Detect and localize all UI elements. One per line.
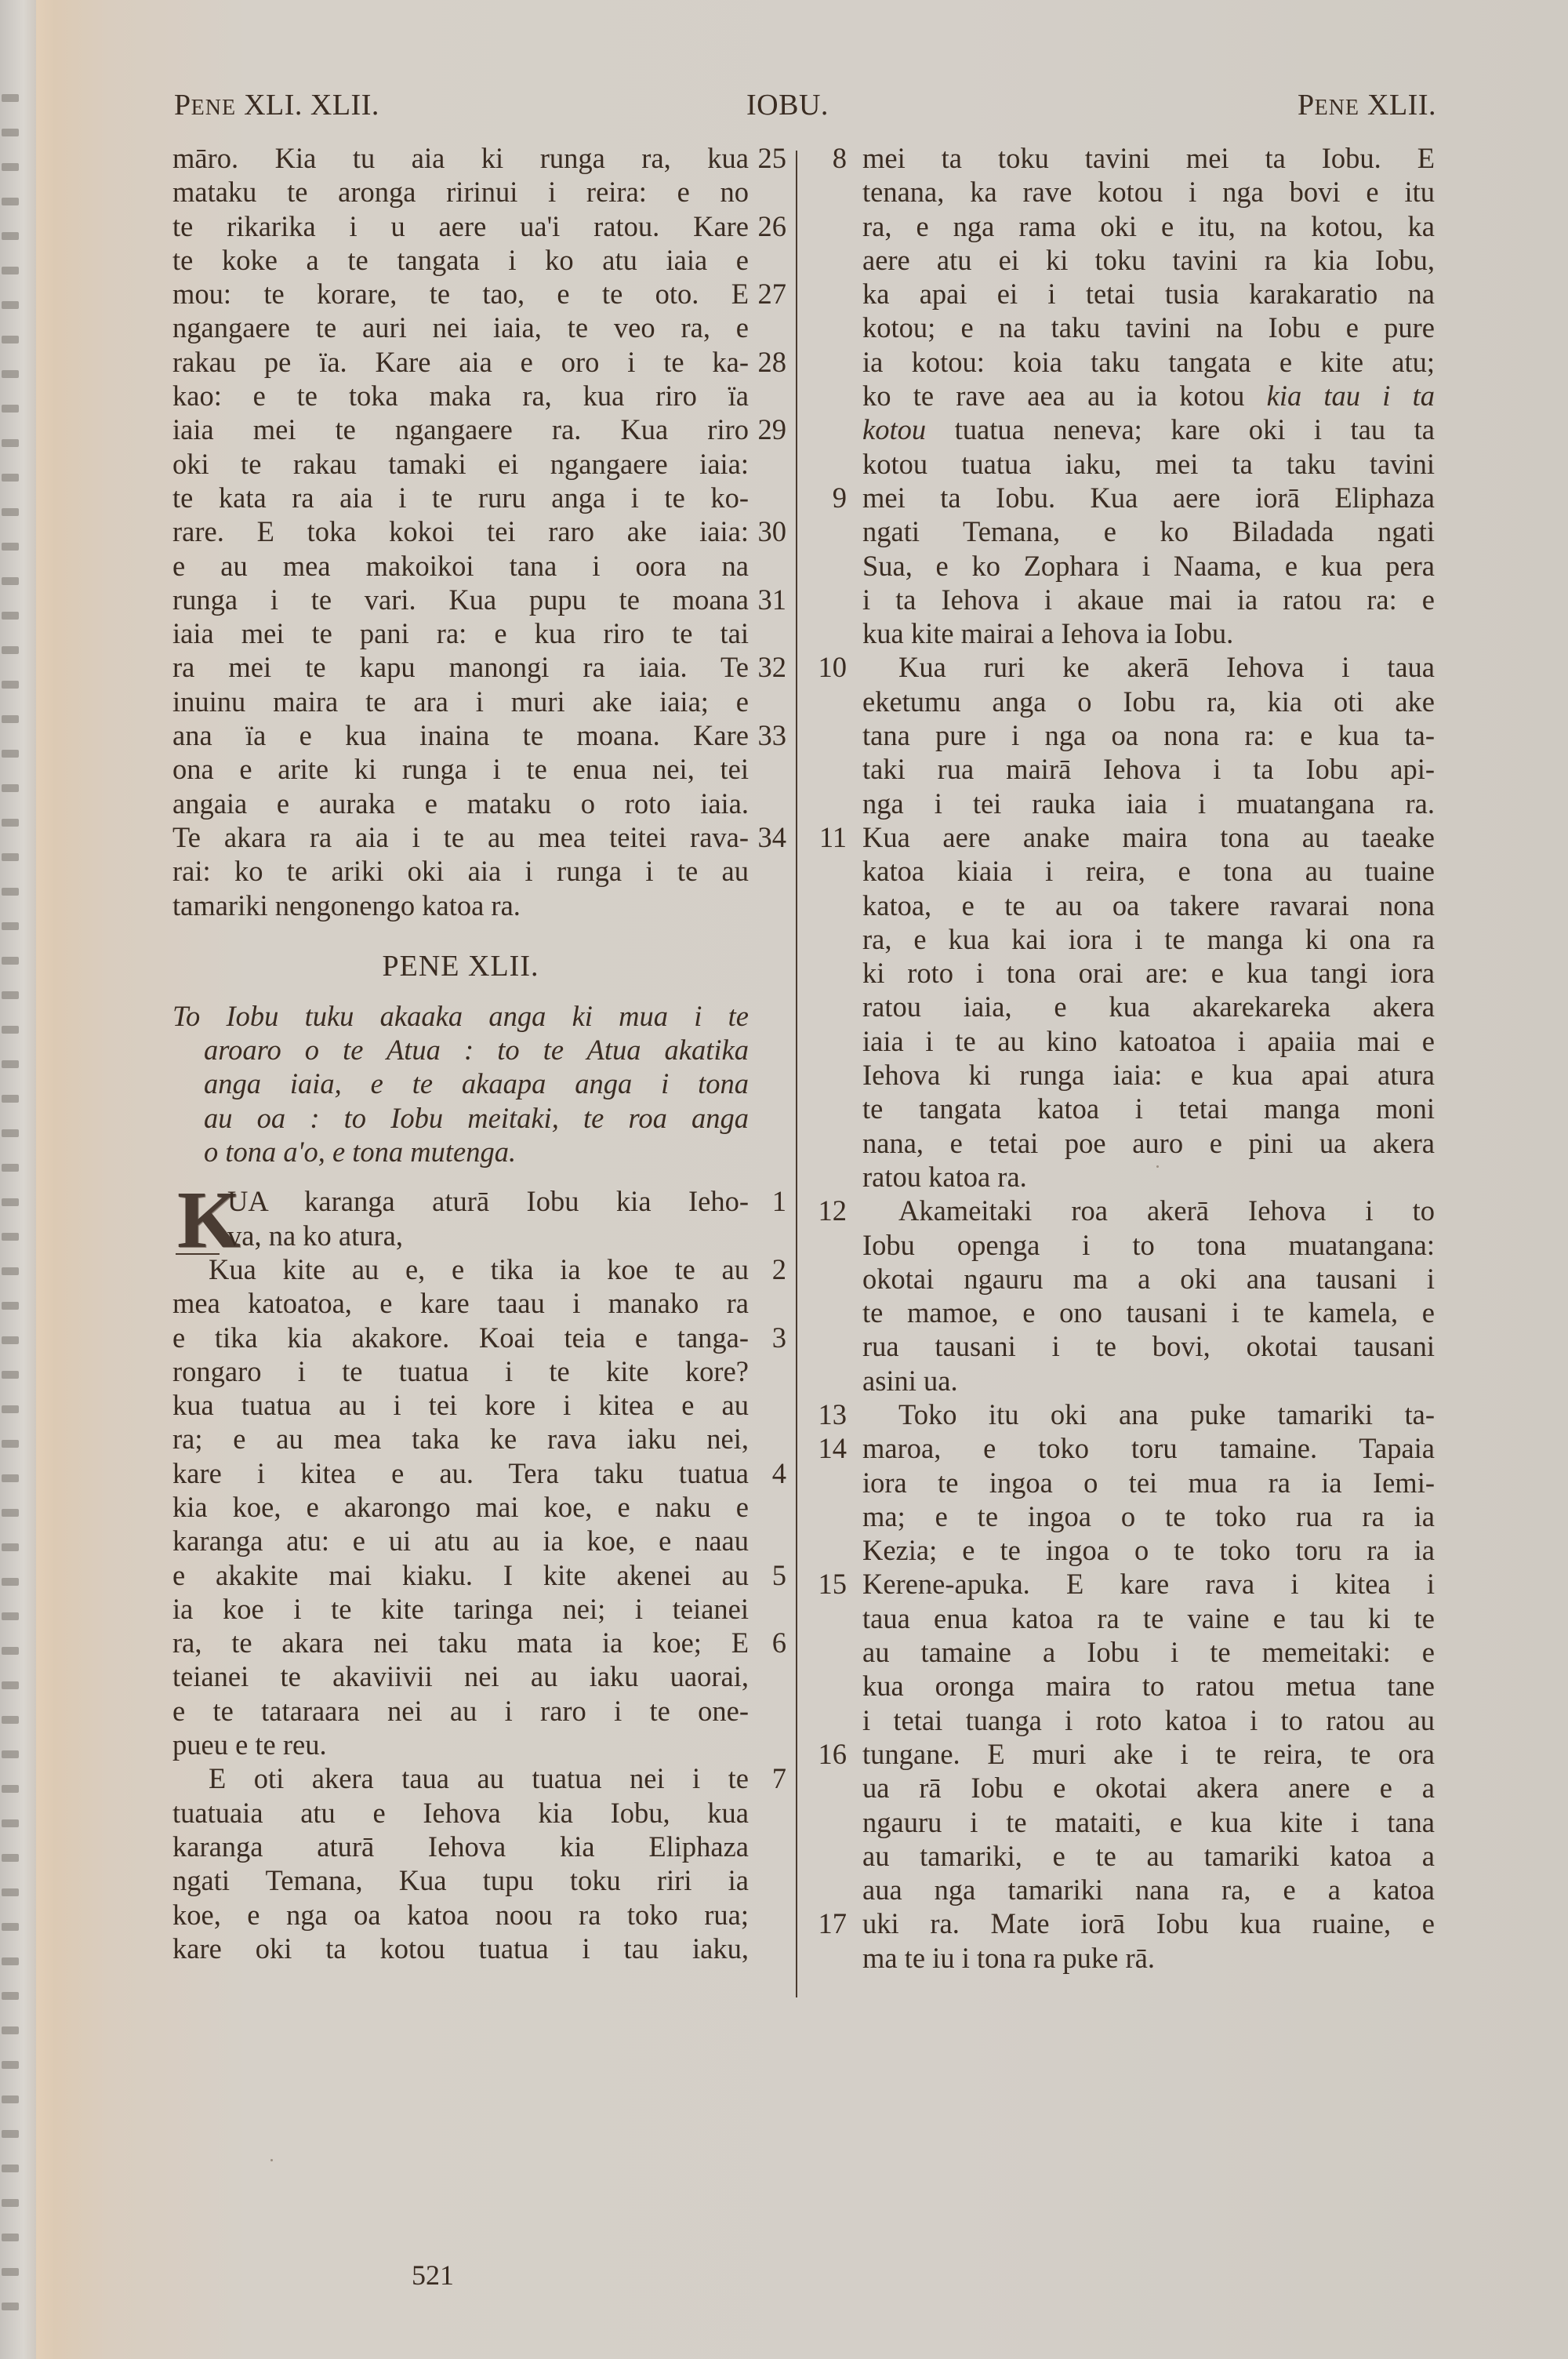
bleed-through-text bbox=[2, 1750, 19, 1758]
text-line: ra, e nga rama oki e itu, na kotou, ka bbox=[811, 209, 1438, 243]
bleed-through-text bbox=[2, 1129, 19, 1137]
bleed-through-text bbox=[2, 2130, 19, 2138]
text-line: ngangaere te auri nei iaia, te veo ra, e bbox=[172, 311, 784, 344]
text-line: aua nga tamariki nana ra, e a katoa bbox=[811, 1873, 1438, 1906]
book-page: PENE XLI. XLII. IOBU. PENE XLII. māro. K… bbox=[0, 0, 1568, 2359]
bleed-through-text bbox=[2, 1198, 19, 1206]
verse-number: 8 bbox=[811, 141, 847, 175]
verse-number: 11 bbox=[811, 820, 847, 854]
text-line: karanga atu: e ui atu au ia koe, e naau bbox=[172, 1524, 784, 1558]
text-line: au tamaine a Iobu i te memeitaki: e bbox=[811, 1635, 1438, 1669]
line-text: kotou tuatua iaku, mei ta taku tavini bbox=[862, 447, 1435, 481]
bleed-through-text bbox=[2, 1509, 19, 1517]
line-text: te tangata katoa i tetai manga moni bbox=[862, 1092, 1435, 1125]
bleed-through-text bbox=[2, 370, 19, 378]
chapter-42-text: K UA karanga aturā Iobu kia Ieho-1va, na… bbox=[172, 1184, 784, 1965]
line-text: e au mea makoikoi tana i oora na bbox=[172, 549, 749, 583]
text-line: inuinu maira te ara i muri ake iaia; e bbox=[172, 685, 784, 718]
line-text: ra; e au mea taka ke rava iaku nei, bbox=[172, 1422, 749, 1456]
line-text: iaia mei te ngangaere ra. Kua riro bbox=[172, 413, 749, 446]
line-text: rakau pe ïa. Kare aia e oro i te ka- bbox=[172, 345, 749, 379]
line-text: runga i te vari. Kua pupu te moana bbox=[172, 583, 749, 616]
text-line: te tangata katoa i tetai manga moni bbox=[811, 1092, 1438, 1125]
text-line: 11Kua aere anake maira tona au taeake bbox=[811, 820, 1438, 854]
bleed-through-text bbox=[2, 612, 19, 620]
text-line: iaia i te au kino katoatoa i apaiia mai … bbox=[811, 1024, 1438, 1058]
line-text: ki roto i tona orai are: e kua tangi ior… bbox=[862, 956, 1435, 990]
text-line: 10Kua ruri ke akerā Iehova i taua bbox=[811, 650, 1438, 684]
text-line: 15Kerene-apuka. E kare rava i kitea i bbox=[811, 1567, 1438, 1601]
bleed-through-text bbox=[2, 1233, 19, 1241]
bleed-through-text bbox=[2, 715, 19, 723]
bleed-through-text bbox=[2, 1923, 19, 1931]
line-text: nga i tei rauka iaia i muatangana ra. bbox=[862, 787, 1435, 820]
verse-number: 26 bbox=[750, 209, 786, 243]
text-line: kotou tuatua iaku, mei ta taku tavini bbox=[811, 447, 1438, 481]
bleed-through-text bbox=[2, 2095, 19, 2103]
text-line: rai: ko te ariki oki aia i runga i te au bbox=[172, 854, 784, 888]
verse-number: 30 bbox=[750, 514, 786, 548]
line-text: i ta Iehova i akaue mai ia ratou ra: e bbox=[862, 583, 1435, 616]
bleed-through-text bbox=[2, 1716, 19, 1724]
bleed-through-text bbox=[2, 888, 19, 896]
text-line: koe, e nga oa katoa noou ra toko rua; bbox=[172, 1898, 784, 1932]
line-text: Kua aere anake maira tona au taeake bbox=[862, 820, 1435, 854]
verse-number: 10 bbox=[811, 650, 847, 684]
bleed-through-text bbox=[2, 336, 19, 343]
text-line: kotou; e na taku tavini na Iobu e pure bbox=[811, 311, 1438, 344]
line-text: Te akara ra aia i te au mea teitei rava- bbox=[172, 820, 749, 854]
line-text: e akakite mai kiaku. I kite akenei au bbox=[172, 1558, 749, 1592]
text-line: ana ïa e kua inaina te moana. Kare33 bbox=[172, 718, 784, 752]
text-line: kare oki ta kotou tuatua i tau iaku, bbox=[172, 1932, 784, 1965]
text-line: va, na ko atura, bbox=[172, 1219, 784, 1252]
text-line: ia koe i te kite taringa nei; i teianei bbox=[172, 1592, 784, 1626]
text-line: ngauru i te mataiti, e kua kite i tana bbox=[811, 1805, 1438, 1839]
verse-number: 5 bbox=[750, 1558, 786, 1592]
text-line: ua rā Iobu e okotai akera anere e a bbox=[811, 1771, 1438, 1805]
text-line: ra mei te kapu manongi ra iaia. Te32 bbox=[172, 650, 784, 684]
line-text: te mamoe, e ono tausani i te kamela, e bbox=[862, 1296, 1435, 1329]
text-line: runga i te vari. Kua pupu te moana31 bbox=[172, 583, 784, 616]
line-text: i tetai tuanga i roto katoa i to ratou a… bbox=[862, 1703, 1435, 1737]
text-line: ra, te akara nei taku mata ia koe; E6 bbox=[172, 1626, 784, 1659]
text-line: UA karanga aturā Iobu kia Ieho-1 bbox=[172, 1184, 784, 1218]
bleed-through-text bbox=[2, 1440, 19, 1448]
text-line: 12Akameitaki roa akerā Iehova i to bbox=[811, 1194, 1438, 1227]
verse-number: 3 bbox=[750, 1321, 786, 1354]
text-line: Kezia; e te ingoa o te toko toru ra ia bbox=[811, 1533, 1438, 1567]
text-line: ko te rave aea au ia kotou kia tau i ta bbox=[811, 379, 1438, 413]
bleed-through-text bbox=[2, 2234, 19, 2241]
text-line: tuatuaia atu e Iehova kia Iobu, kua bbox=[172, 1796, 784, 1830]
text-line: kare i kitea e au. Tera taku tuatua4 bbox=[172, 1456, 784, 1490]
line-text: kua tuatua au i tei kore i kitea e au bbox=[172, 1388, 749, 1422]
summary-line: aroaro o te Atua : to te Atua akatika bbox=[172, 1033, 749, 1067]
bleed-through-text bbox=[2, 1785, 19, 1793]
line-text: rongaro i te tuatua i te kite kore? bbox=[172, 1354, 749, 1388]
line-text: E oti akera taua au tuatua nei i te bbox=[172, 1761, 749, 1795]
line-text: kotou; e na taku tavini na Iobu e pure bbox=[862, 311, 1435, 344]
text-line: rare. E toka kokoi tei raro ake iaia:30 bbox=[172, 514, 784, 548]
column-divider bbox=[796, 151, 797, 1997]
text-line: Iehova ki runga iaia: e kua apai atura bbox=[811, 1058, 1438, 1092]
text-line: ma te iu i tona ra puke rā. bbox=[811, 1941, 1438, 1975]
bleed-through-text bbox=[2, 1957, 19, 1965]
line-text: ngauru i te mataiti, e kua kite i tana bbox=[862, 1805, 1435, 1839]
line-text: kare i kitea e au. Tera taku tuatua bbox=[172, 1456, 749, 1490]
verse-number: 13 bbox=[811, 1398, 847, 1431]
paper-speck bbox=[1156, 1165, 1159, 1168]
line-text: ratou katoa ra. bbox=[862, 1160, 1435, 1194]
line-text: koe, e nga oa katoa noou ra toko rua; bbox=[172, 1898, 749, 1932]
line-text: ana ïa e kua inaina te moana. Kare bbox=[172, 718, 749, 752]
chapter-title: PENE XLII. bbox=[172, 944, 749, 988]
line-text: mea katoatoa, e kare taau i manako ra bbox=[172, 1286, 749, 1320]
line-text: aere atu ei ki toku tavini ra kia Iobu, bbox=[862, 243, 1435, 277]
line-text: rare. E toka kokoi tei raro ake iaia: bbox=[172, 514, 749, 548]
text-line: kotou tuatua neneva; kare oki i tau ta bbox=[811, 413, 1438, 446]
line-text: angaia e auraka e mataku o roto iaia. bbox=[172, 787, 749, 820]
line-text: uki ra. Mate iorā Iobu kua ruaine, e bbox=[862, 1906, 1435, 1940]
text-line: mea katoatoa, e kare taau i manako ra bbox=[172, 1286, 784, 1320]
text-line: rakau pe ïa. Kare aia e oro i te ka-28 bbox=[172, 345, 784, 379]
line-text: rai: ko te ariki oki aia i runga i te au bbox=[172, 854, 749, 888]
text-line: i tetai tuanga i roto katoa i to ratou a… bbox=[811, 1703, 1438, 1737]
text-line: ngati Temana, Kua tupu toku riri ia bbox=[172, 1863, 784, 1897]
text-line: karanga aturā Iehova kia Eliphaza bbox=[172, 1830, 784, 1863]
text-line: ka apai ei i tetai tusia karakaratio na bbox=[811, 277, 1438, 311]
line-text: te kata ra aia i te ruru anga i te ko- bbox=[172, 481, 749, 514]
bleed-through-text bbox=[2, 1164, 19, 1172]
right-column: 8mei ta toku tavini mei ta Iobu. Etenana… bbox=[811, 141, 1438, 1975]
verse-number: 32 bbox=[750, 650, 786, 684]
bleed-through-text bbox=[2, 1612, 19, 1620]
verse-number: 31 bbox=[750, 583, 786, 616]
verse-number: 29 bbox=[750, 413, 786, 446]
bleed-through-text bbox=[2, 439, 19, 447]
line-text: ia kotou: koia taku tangata e kite atu; bbox=[862, 345, 1435, 379]
line-text: nana, e tetai poe auro e pini ua akera bbox=[862, 1126, 1435, 1160]
text-line: Kua kite au e, e tika ia koe te au2 bbox=[172, 1252, 784, 1286]
text-line: e te tataraara nei au i raro i te one- bbox=[172, 1694, 784, 1728]
bleed-through-text bbox=[2, 2061, 19, 2069]
text-line: iaia mei te pani ra: e kua riro te tai bbox=[172, 616, 784, 650]
line-text: māro. Kia tu aia ki runga ra, kua bbox=[172, 141, 749, 175]
line-text: iora te ingoa o tei mua ra ia Iemi- bbox=[862, 1466, 1435, 1499]
line-text: kia koe, e akarongo mai koe, e naku e bbox=[172, 1490, 749, 1524]
line-text: e te tataraara nei au i raro i te one- bbox=[172, 1694, 749, 1728]
text-line: kua oronga maira to ratou metua tane bbox=[811, 1669, 1438, 1703]
verse-number: 17 bbox=[811, 1906, 847, 1940]
bleed-through-text bbox=[2, 853, 19, 861]
text-line: māro. Kia tu aia ki runga ra, kua25 bbox=[172, 141, 784, 175]
bleed-through-text bbox=[2, 1543, 19, 1551]
line-text: tana pure i nga oa nona ra: e kua ta- bbox=[862, 718, 1435, 752]
text-line: Iobu openga i to tona muatangana: bbox=[811, 1228, 1438, 1262]
line-text: kao: e te toka maka ra, kua riro ïa bbox=[172, 379, 749, 413]
bleed-through-text bbox=[2, 957, 19, 965]
bleed-through-text bbox=[2, 94, 19, 102]
verse-number: 2 bbox=[750, 1252, 786, 1286]
bleed-through-text bbox=[2, 2199, 19, 2207]
bleed-through-text bbox=[2, 1371, 19, 1379]
verse-number: 34 bbox=[750, 820, 786, 854]
bleed-through-text bbox=[2, 1854, 19, 1862]
text-line: Sua, e ko Zophara i Naama, e kua pera bbox=[811, 549, 1438, 583]
running-head: PENE XLI. XLII. IOBU. PENE XLII. bbox=[174, 88, 1436, 127]
text-line: e akakite mai kiaku. I kite akenei au5 bbox=[172, 1558, 784, 1592]
text-line: tamariki nengonengo katoa ra. bbox=[172, 889, 784, 922]
text-line: asini ua. bbox=[811, 1364, 1438, 1398]
verse-number: 7 bbox=[750, 1761, 786, 1795]
line-text: ra mei te kapu manongi ra iaia. Te bbox=[172, 650, 749, 684]
line-text: katoa, e te au oa takere ravarai nona bbox=[862, 889, 1435, 922]
text-line: nana, e tetai poe auro e pini ua akera bbox=[811, 1126, 1438, 1160]
line-text: tamariki nengonengo katoa ra. bbox=[172, 889, 749, 922]
text-line: ona e arite ki runga i te enua nei, tei bbox=[172, 752, 784, 786]
text-line: teianei te akaviivii nei au iaku uaorai, bbox=[172, 1659, 784, 1693]
line-text: tungane. E muri ake i te reira, te ora bbox=[862, 1737, 1435, 1771]
verse-number: 6 bbox=[750, 1626, 786, 1659]
line-text: ra, te akara nei taku mata ia koe; E bbox=[172, 1626, 749, 1659]
text-line: nga i tei rauka iaia i muatangana ra. bbox=[811, 787, 1438, 820]
line-text: eketumu anga o Iobu ra, kia oti ake bbox=[862, 685, 1435, 718]
bleed-through-text bbox=[2, 2268, 19, 2276]
line-text: okotai ngauru ma a oki ana tausani i bbox=[862, 1262, 1435, 1296]
bleed-through-text bbox=[2, 1336, 19, 1344]
line-text: ka apai ei i tetai tusia karakaratio na bbox=[862, 277, 1435, 311]
summary-line: o tona a'o, e tona mutenga. bbox=[172, 1135, 749, 1169]
bleed-through-text bbox=[2, 405, 19, 413]
text-line: okotai ngauru ma a oki ana tausani i bbox=[811, 1262, 1438, 1296]
bleed-through-text bbox=[2, 1095, 19, 1103]
text-line: tenana, ka rave kotou i nga bovi e itu bbox=[811, 175, 1438, 209]
bleed-through-text bbox=[2, 267, 19, 274]
text-line: te koke a te tangata i ko atu iaia e bbox=[172, 243, 784, 277]
bleed-through-text bbox=[2, 1302, 19, 1310]
text-line: rongaro i te tuatua i te kite kore? bbox=[172, 1354, 784, 1388]
verse-number: 16 bbox=[811, 1737, 847, 1771]
line-text: karanga atu: e ui atu au ia koe, e naau bbox=[172, 1524, 749, 1558]
line-text: tenana, ka rave kotou i nga bovi e itu bbox=[862, 175, 1435, 209]
text-line: angaia e auraka e mataku o roto iaia. bbox=[172, 787, 784, 820]
text-line: e tika kia akakore. Koai teia e tanga-3 bbox=[172, 1321, 784, 1354]
line-text: ra, e kua kai iora i te manga ki ona ra bbox=[862, 922, 1435, 956]
verse-number: 14 bbox=[811, 1431, 847, 1465]
line-text: ua rā Iobu e okotai akera anere e a bbox=[862, 1771, 1435, 1805]
text-line: 8mei ta toku tavini mei ta Iobu. E bbox=[811, 141, 1438, 175]
text-line: ratou katoa ra. bbox=[811, 1160, 1438, 1194]
running-head-right: PENE XLII. bbox=[1298, 88, 1436, 122]
line-text: maroa, e toko toru tamaine. Tapaia bbox=[862, 1431, 1435, 1465]
verse-number: 4 bbox=[750, 1456, 786, 1490]
bleed-through-text bbox=[2, 198, 19, 205]
left-column: māro. Kia tu aia ki runga ra, kua25matak… bbox=[172, 141, 784, 1965]
text-line: kua kite mairai a Iehova ia Iobu. bbox=[811, 616, 1438, 650]
bleed-through-text bbox=[2, 1992, 19, 2000]
text-line: mou: te korare, te tao, e te oto. E27 bbox=[172, 277, 784, 311]
line-text: ma; e te ingoa o te toko rua ra ia bbox=[862, 1499, 1435, 1533]
line-text: aua nga tamariki nana ra, e a katoa bbox=[862, 1873, 1435, 1906]
line-text: Sua, e ko Zophara i Naama, e kua pera bbox=[862, 549, 1435, 583]
verse-number: 1 bbox=[750, 1184, 786, 1218]
line-text: kotou tuatua neneva; kare oki i tau ta bbox=[862, 413, 1435, 446]
line-text: taki rua mairā Iehova i ta Iobu api- bbox=[862, 752, 1435, 786]
line-text: katoa kiaia i reira, e tona au tuaine bbox=[862, 854, 1435, 888]
bleed-through-text bbox=[2, 681, 19, 689]
text-line: 16tungane. E muri ake i te reira, te ora bbox=[811, 1737, 1438, 1771]
chapter-summary: To Iobu tuku akaaka anga ki mua i tearoa… bbox=[172, 999, 749, 1169]
line-text: mou: te korare, te tao, e te oto. E bbox=[172, 277, 749, 311]
line-text: oki te rakau tamaki ei ngangaere iaia: bbox=[172, 447, 749, 481]
verse-number: 15 bbox=[811, 1567, 847, 1601]
text-line: kia koe, e akarongo mai koe, e naku e bbox=[172, 1490, 784, 1524]
line-text: au tamaine a Iobu i te memeitaki: e bbox=[862, 1635, 1435, 1669]
summary-line: au oa : to Iobu meitaki, te roa anga bbox=[172, 1101, 749, 1135]
text-line: 14maroa, e toko toru tamaine. Tapaia bbox=[811, 1431, 1438, 1465]
page-number: 521 bbox=[412, 2259, 454, 2292]
line-text: ma te iu i tona ra puke rā. bbox=[862, 1941, 1435, 1975]
line-text: au tamariki, e te au tamariki katoa a bbox=[862, 1839, 1435, 1873]
text-line: ma; e te ingoa o te toko rua ra ia bbox=[811, 1499, 1438, 1533]
verse-number: 12 bbox=[811, 1194, 847, 1227]
bleed-through-text bbox=[2, 922, 19, 930]
text-line: ia kotou: koia taku tangata e kite atu; bbox=[811, 345, 1438, 379]
line-text: pueu e te reu. bbox=[172, 1728, 749, 1761]
bleed-through-text bbox=[2, 163, 19, 171]
text-line: iaia mei te ngangaere ra. Kua riro29 bbox=[172, 413, 784, 446]
text-line: tana pure i nga oa nona ra: e kua ta- bbox=[811, 718, 1438, 752]
text-line: taua enua katoa ra te vaine e tau ki te bbox=[811, 1601, 1438, 1635]
text-line: kao: e te toka maka ra, kua riro ïa bbox=[172, 379, 784, 413]
bleed-through-text bbox=[2, 819, 19, 827]
bleed-through-text bbox=[2, 1267, 19, 1275]
line-text: va, na ko atura, bbox=[172, 1219, 749, 1252]
bleed-through-text bbox=[2, 2165, 19, 2172]
bleed-through-text bbox=[2, 1578, 19, 1586]
text-line: iora te ingoa o tei mua ra ia Iemi- bbox=[811, 1466, 1438, 1499]
line-text: asini ua. bbox=[862, 1364, 1435, 1398]
bleed-through-text bbox=[2, 1026, 19, 1034]
line-text: mei ta toku tavini mei ta Iobu. E bbox=[862, 141, 1435, 175]
bleed-through-text bbox=[2, 543, 19, 551]
line-text: mei ta Iobu. Kua aere iorā Eliphaza bbox=[862, 481, 1435, 514]
line-text: ra, e nga rama oki e itu, na kotou, ka bbox=[862, 209, 1435, 243]
text-line: te rikarika i u aere ua'i ratou. Kare26 bbox=[172, 209, 784, 243]
line-text: teianei te akaviivii nei au iaku uaorai, bbox=[172, 1659, 749, 1693]
paper-speck bbox=[270, 2159, 273, 2161]
summary-line: To Iobu tuku akaaka anga ki mua i te bbox=[172, 999, 749, 1033]
bleed-through-text bbox=[2, 577, 19, 585]
text-line: au tamariki, e te au tamariki katoa a bbox=[811, 1839, 1438, 1873]
bleed-through-text bbox=[2, 1681, 19, 1689]
line-text: karanga aturā Iehova kia Eliphaza bbox=[172, 1830, 749, 1863]
text-line: ratou iaia, e kua akarekareka akera bbox=[811, 990, 1438, 1023]
bleed-through-text bbox=[2, 2026, 19, 2034]
facing-page-gutter bbox=[0, 0, 36, 2359]
line-text: Kerene-apuka. E kare rava i kitea i bbox=[862, 1567, 1435, 1601]
bleed-through-text bbox=[2, 1888, 19, 1896]
line-text: Kezia; e te ingoa o te toko toru ra ia bbox=[862, 1533, 1435, 1567]
text-line: i ta Iehova i akaue mai ia ratou ra: e bbox=[811, 583, 1438, 616]
bleed-through-text bbox=[2, 1474, 19, 1482]
line-text: kua kite mairai a Iehova ia Iobu. bbox=[862, 616, 1435, 650]
chapter-41-text: māro. Kia tu aia ki runga ra, kua25matak… bbox=[172, 141, 784, 922]
line-text: Akameitaki roa akerā Iehova i to bbox=[862, 1194, 1435, 1227]
text-line: 9mei ta Iobu. Kua aere iorā Eliphaza bbox=[811, 481, 1438, 514]
bleed-through-text bbox=[2, 991, 19, 999]
line-text: Iehova ki runga iaia: e kua apai atura bbox=[862, 1058, 1435, 1092]
text-line: ra; e au mea taka ke rava iaku nei, bbox=[172, 1422, 784, 1456]
bleed-through-text bbox=[2, 750, 19, 758]
text-line: E oti akera taua au tuatua nei i te7 bbox=[172, 1761, 784, 1795]
bleed-through-text bbox=[2, 232, 19, 240]
text-line: Te akara ra aia i te au mea teitei rava-… bbox=[172, 820, 784, 854]
bleed-through-text bbox=[2, 301, 19, 309]
line-text: ona e arite ki runga i te enua nei, tei bbox=[172, 752, 749, 786]
line-text: kua oronga maira to ratou metua tane bbox=[862, 1669, 1435, 1703]
line-text: ratou iaia, e kua akarekareka akera bbox=[862, 990, 1435, 1023]
line-text: iaia mei te pani ra: e kua riro te tai bbox=[172, 616, 749, 650]
text-line: e au mea makoikoi tana i oora na bbox=[172, 549, 784, 583]
line-text: rua tausani i te bovi, okotai tausani bbox=[862, 1329, 1435, 1363]
text-line: ki roto i tona orai are: e kua tangi ior… bbox=[811, 956, 1438, 990]
text-line: 17uki ra. Mate iorā Iobu kua ruaine, e bbox=[811, 1906, 1438, 1940]
text-line: te kata ra aia i te ruru anga i te ko- bbox=[172, 481, 784, 514]
bleed-through-text bbox=[2, 508, 19, 516]
running-head-left: PENE XLI. XLII. bbox=[174, 88, 379, 122]
line-text: mataku te aronga ririnui i reira: e no bbox=[172, 175, 749, 209]
line-text: Kua ruri ke akerā Iehova i taua bbox=[862, 650, 1435, 684]
text-line: mataku te aronga ririnui i reira: e no bbox=[172, 175, 784, 209]
bleed-through-text bbox=[2, 646, 19, 654]
text-line: ngati Temana, e ko Biladada ngati bbox=[811, 514, 1438, 548]
text-line: pueu e te reu. bbox=[172, 1728, 784, 1761]
line-text: iaia i te au kino katoatoa i apaiia mai … bbox=[862, 1024, 1435, 1058]
bleed-through-text bbox=[2, 474, 19, 482]
line-text: te rikarika i u aere ua'i ratou. Kare bbox=[172, 209, 749, 243]
line-text: Kua kite au e, e tika ia koe te au bbox=[172, 1252, 749, 1286]
line-text: inuinu maira te ara i muri ake iaia; e bbox=[172, 685, 749, 718]
text-line: rua tausani i te bovi, okotai tausani bbox=[811, 1329, 1438, 1363]
text-line: te mamoe, e ono tausani i te kamela, e bbox=[811, 1296, 1438, 1329]
line-text: kare oki ta kotou tuatua i tau iaku, bbox=[172, 1932, 749, 1965]
bleed-through-text bbox=[2, 129, 19, 136]
text-line: 13Toko itu oki ana puke tamariki ta- bbox=[811, 1398, 1438, 1431]
text-line: ra, e kua kai iora i te manga ki ona ra bbox=[811, 922, 1438, 956]
text-line: katoa kiaia i reira, e tona au tuaine bbox=[811, 854, 1438, 888]
bleed-through-text bbox=[2, 2303, 19, 2310]
text-line: taki rua mairā Iehova i ta Iobu api- bbox=[811, 752, 1438, 786]
line-text: ia koe i te kite taringa nei; i teianei bbox=[172, 1592, 749, 1626]
running-head-book-title: IOBU. bbox=[746, 88, 829, 122]
line-text: tuatuaia atu e Iehova kia Iobu, kua bbox=[172, 1796, 749, 1830]
line-text: e tika kia akakore. Koai teia e tanga- bbox=[172, 1321, 749, 1354]
text-line: eketumu anga o Iobu ra, kia oti ake bbox=[811, 685, 1438, 718]
line-text: ngangaere te auri nei iaia, te veo ra, e bbox=[172, 311, 749, 344]
line-text: ko te rave aea au ia kotou kia tau i ta bbox=[862, 379, 1435, 413]
line-text: Toko itu oki ana puke tamariki ta- bbox=[862, 1398, 1435, 1431]
line-text: ngati Temana, e ko Biladada ngati bbox=[862, 514, 1435, 548]
verse-number: 25 bbox=[750, 141, 786, 175]
verse-number: 33 bbox=[750, 718, 786, 752]
bleed-through-text bbox=[2, 1819, 19, 1827]
bleed-through-text bbox=[2, 784, 19, 792]
text-line: aere atu ei ki toku tavini ra kia Iobu, bbox=[811, 243, 1438, 277]
verse-number: 9 bbox=[811, 481, 847, 514]
line-text: Iobu openga i to tona muatangana: bbox=[862, 1228, 1435, 1262]
